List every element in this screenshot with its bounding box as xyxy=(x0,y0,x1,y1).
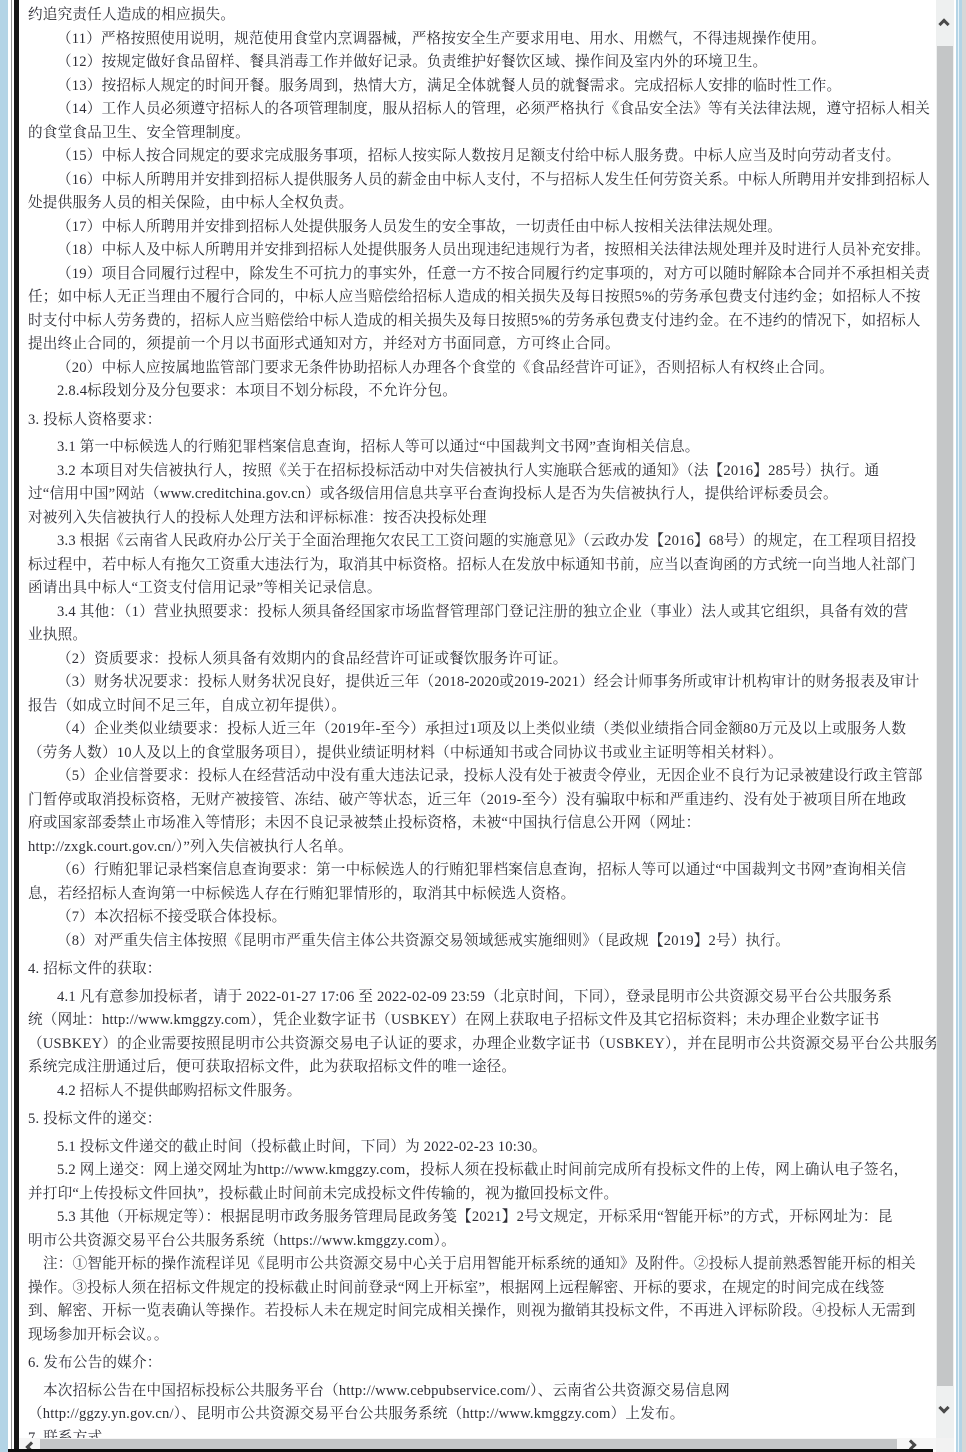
document-line: （15）中标人按合同规定的要求完成服务事项，招标人按实际人数按月足额支付给中标人… xyxy=(28,145,930,169)
document-line: （6）行贿犯罪记录档案信息查询要求：第一中标候选人的行贿犯罪档案信息查询，招标人… xyxy=(28,859,930,883)
document-line: 过“信用中国”网站（www.creditchina.gov.cn）或各级信用信息… xyxy=(28,483,930,507)
document-line: （16）中标人所聘用并安排到招标人提供服务人员的薪金由中标人支付，不与招标人发生… xyxy=(28,169,930,193)
document-line: 任；如中标人无正当理由不履行合同的，中标人应当赔偿给招标人造成的相关损失及每日按… xyxy=(28,286,930,310)
document-line: （劳务人数）10人及以上的食堂服务项目），提供业绩证明材料（中标通知书或合同协议… xyxy=(28,742,930,766)
document-line: （http://ggzy.yn.gov.cn/）、昆明市公共资源交易平台公共服务… xyxy=(28,1403,930,1427)
document-line: 3.4 其他：（1）营业执照要求：投标人须具备经国家市场监督管理部门登记注册的独… xyxy=(28,601,930,625)
document-line: 的食堂食品卫生、安全管理制度。 xyxy=(28,122,930,146)
document-line: （17）中标人所聘用并安排到招标人处提供服务人员发生的安全事故，一切责任由中标人… xyxy=(28,216,930,240)
chevron-down-icon xyxy=(938,1402,949,1413)
document-line: （18）中标人及中标人所聘用并安排到招标人处提供服务人员出现违纪违规行为者，按照… xyxy=(28,239,930,263)
document-line: 系统完成注册通过后，便可获取招标文件，此为获取招标文件的唯一途径。 xyxy=(28,1056,930,1080)
document-line: 5.3 其他（开标规定等）：根据昆明市政务服务管理局昆政务笺【2021】2号文规… xyxy=(28,1206,930,1230)
document-scroll-area[interactable]: 约追究责任人造成的相应损失。（11）严格按照使用说明，规范使用食堂内烹调器械，严… xyxy=(19,0,936,1452)
document-line: http://zxgk.court.gov.cn/）”列入失信被执行人名单。 xyxy=(28,836,930,860)
scroll-up-button[interactable] xyxy=(936,10,954,40)
document-line: 操作。③投标人须在招标文件规定的投标截止时间前登录“网上开标室”，根据网上远程解… xyxy=(28,1277,930,1301)
document-line: 业执照。 xyxy=(28,624,930,648)
document-line: （USBKEY）的企业需要按照昆明市公共资源交易电子认证的要求，办理企业数字证书… xyxy=(28,1033,930,1057)
document-line: （7）本次招标不接受联合体投标。 xyxy=(28,906,930,930)
document-line: 提出终止合同的，须提前一个月以书面形式通知对方，并经对方书面同意，方可终止合同。 xyxy=(28,333,930,357)
document-line: 并打印“上传投标文件回执”，投标截止时间前未完成投标文件传输的，视为撤回投标文件… xyxy=(28,1183,930,1207)
document-line: 5.1 投标文件递交的截止时间（投标截止时间，下同）为 2022-02-23 1… xyxy=(28,1136,930,1160)
document-line: 统（网址：http://www.kmggzy.com），凭企业数字证书（USBK… xyxy=(28,1009,930,1033)
document-line: 明市公共资源交易平台公共服务系统（https://www.kmggzy.com）… xyxy=(28,1230,930,1254)
document-line: 门暂停或取消投标资格，无财产被接管、冻结、破产等状态，近三年（2019-至今）没… xyxy=(28,789,930,813)
document-line: 3.3 根据《云南省人民政府办公厅关于全面治理拖欠农民工工资问题的实施意见》（云… xyxy=(28,530,930,554)
scrollbar-corner xyxy=(936,1438,954,1452)
document-line: 2.8.4标段划分及分包要求：本项目不划分标段，不允许分包。 xyxy=(28,380,930,404)
document-line: （11）严格按照使用说明，规范使用食堂内烹调器械，严格按安全生产要求用电、用水、… xyxy=(28,28,930,52)
document-line: 到、解密、开标一览表确认等操作。若投标人未在规定时间完成相关操作，则视为撤销其投… xyxy=(28,1300,930,1324)
document-line: 息，若经招标人查询第一中标候选人存在行贿犯罪情形的，取消其中标候选人资格。 xyxy=(28,883,930,907)
document-line: （19）项目合同履行过程中，除发生不可抗力的事实外，任意一方不按合同履行约定事项… xyxy=(28,263,930,287)
document-line: （8）对严重失信主体按照《昆明市严重失信主体公共资源交易领域惩戒实施细则》（昆政… xyxy=(28,930,930,954)
document-line: 府或国家部委禁止市场准入等情形；未因不良记录被禁止投标资格，未被“中国执行信息公… xyxy=(28,812,930,836)
section-heading-line: 4. 招标文件的获取： xyxy=(28,958,930,982)
document-line: （12）按规定做好食品留样、餐具消毒工作并做好记录。负责维护好餐饮区域、操作间及… xyxy=(28,51,930,75)
document-line: 标过程中，若中标人有拖欠工资重大违法行为，取消其中标资格。招标人在发放中标通知书… xyxy=(28,554,930,578)
chevron-up-icon xyxy=(938,18,949,29)
section-heading-line: 3. 投标人资格要求： xyxy=(28,409,930,433)
document-line: 3.1 第一中标候选人的行贿犯罪档案信息查询，招标人等可以通过“中国裁判文书网”… xyxy=(28,436,930,460)
document-line: 报告（如成立时间不足三年，自成立初年提供）。 xyxy=(28,695,930,719)
horizontal-scrollbar-thumb[interactable] xyxy=(40,1439,897,1449)
document-line: 函请出具中标人“工资支付信用记录”等相关记录信息。 xyxy=(28,577,930,601)
document-line: 3.2 本项目对失信被执行人，按照《关于在招标投标活动中对失信被执行人实施联合惩… xyxy=(28,460,930,484)
document-line: （5）企业信誉要求：投标人在经营活动中没有重大违法记录，投标人没有处于被责令停业… xyxy=(28,765,930,789)
document-line: （3）财务状况要求：投标人财务状况良好，提供近三年（2018-2020或2019… xyxy=(28,671,930,695)
document-line: （4）企业类似业绩要求：投标人近三年（2019年-至今）承担过1项及以上类似业绩… xyxy=(28,718,930,742)
document-line: 4.2 招标人不提供邮购招标文件服务。 xyxy=(28,1080,930,1104)
document-line: 处提供服务人员的相关保险，由中标人全权负责。 xyxy=(28,192,930,216)
window-scrollbar-edge[interactable] xyxy=(962,0,966,1452)
document-line: （20）中标人应按属地监管部门要求无条件协助招标人办理各个食堂的《食品经营许可证… xyxy=(28,357,930,381)
document-line: 约追究责任人造成的相应损失。 xyxy=(28,4,930,28)
document-line: 本次招标公告在中国招标投标公共服务平台（http://www.cebpubser… xyxy=(28,1380,930,1404)
document-line: 现场参加开标会议。。 xyxy=(28,1324,930,1348)
scroll-down-button[interactable] xyxy=(936,1398,954,1428)
document-line: （14）工作人员必须遵守招标人的各项管理制度，服从招标人的管理，必须严格执行《食… xyxy=(28,98,930,122)
vertical-scrollbar-thumb[interactable] xyxy=(937,46,953,1386)
section-heading-line: 5. 投标文件的递交： xyxy=(28,1108,930,1132)
document-line: 4.1 凡有意参加投标者，请于 2022-01-27 17:06 至 2022-… xyxy=(28,986,930,1010)
document-line: 注：①智能开标的操作流程详见《昆明市公共资源交易中心关于启用智能开标系统的通知》… xyxy=(28,1253,930,1277)
document-line: （13）按招标人规定的时间开餐。服务周到，热情大方，满足全体就餐人员的就餐需求。… xyxy=(28,75,930,99)
document-line: 5.2 网上递交：网上递交网址为http://www.kmggzy.com，投标… xyxy=(28,1159,930,1183)
right-edge-highlight-line xyxy=(958,0,959,1452)
document-line: 时支付中标人劳务费的，招标人应当赔偿给中标人造成的相关损失及每日按照5%的劳务承… xyxy=(28,310,930,334)
document-line: 对被列入失信被执行人的投标人处理方法和评标标准：按否决投标处理 xyxy=(28,507,930,531)
panel-outer-line xyxy=(11,0,12,1452)
section-heading-line: 6. 发布公告的媒介： xyxy=(28,1352,930,1376)
document-line: （2）资质要求：投标人须具备有效期内的食品经营许可证或餐饮服务许可证。 xyxy=(28,648,930,672)
document-content: 约追究责任人造成的相应损失。（11）严格按照使用说明，规范使用食堂内烹调器械，严… xyxy=(19,0,936,1450)
